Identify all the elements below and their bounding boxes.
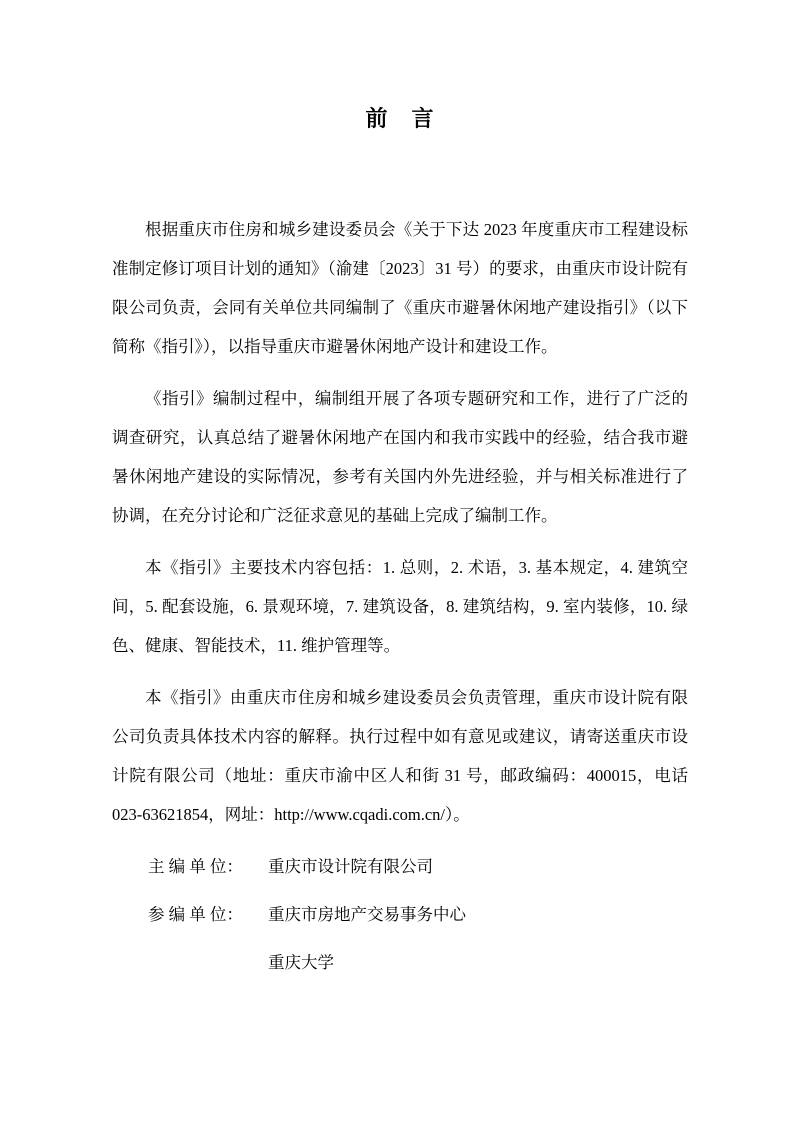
participating-editor-row-continued: 重庆大学 [112, 943, 688, 982]
document-page: 前 言 根据重庆市住房和城乡建设委员会《关于下达 2023 年度重庆市工程建设标… [0, 0, 800, 1132]
paragraph-contents: 本《指引》主要技术内容包括：1. 总则，2. 术语，3. 基本规定，4. 建筑空… [112, 548, 688, 665]
participating-editor-value-1: 重庆市房地产交易事务中心 [268, 895, 688, 934]
participating-editor-label: 参 编 单 位： [148, 895, 268, 934]
editor-list: 主 编 单 位： 重庆市设计院有限公司 参 编 单 位： 重庆市房地产交易事务中… [112, 847, 688, 982]
participating-editor-value-2: 重庆大学 [268, 943, 688, 982]
paragraph-process: 《指引》编制过程中，编制组开展了各项专题研究和工作，进行了广泛的调查研究，认真总… [112, 379, 688, 535]
chief-editor-label: 主 编 单 位： [148, 847, 268, 886]
page-title: 前 言 [112, 104, 688, 134]
chief-editor-value: 重庆市设计院有限公司 [268, 847, 688, 886]
chief-editor-row: 主 编 单 位： 重庆市设计院有限公司 [112, 847, 688, 886]
participating-editor-label-empty [148, 943, 268, 982]
paragraph-management: 本《指引》由重庆市住房和城乡建设委员会负责管理，重庆市设计院有限公司负责具体技术… [112, 678, 688, 834]
participating-editor-row: 参 编 单 位： 重庆市房地产交易事务中心 [112, 895, 688, 934]
paragraph-basis: 根据重庆市住房和城乡建设委员会《关于下达 2023 年度重庆市工程建设标准制定修… [112, 210, 688, 366]
